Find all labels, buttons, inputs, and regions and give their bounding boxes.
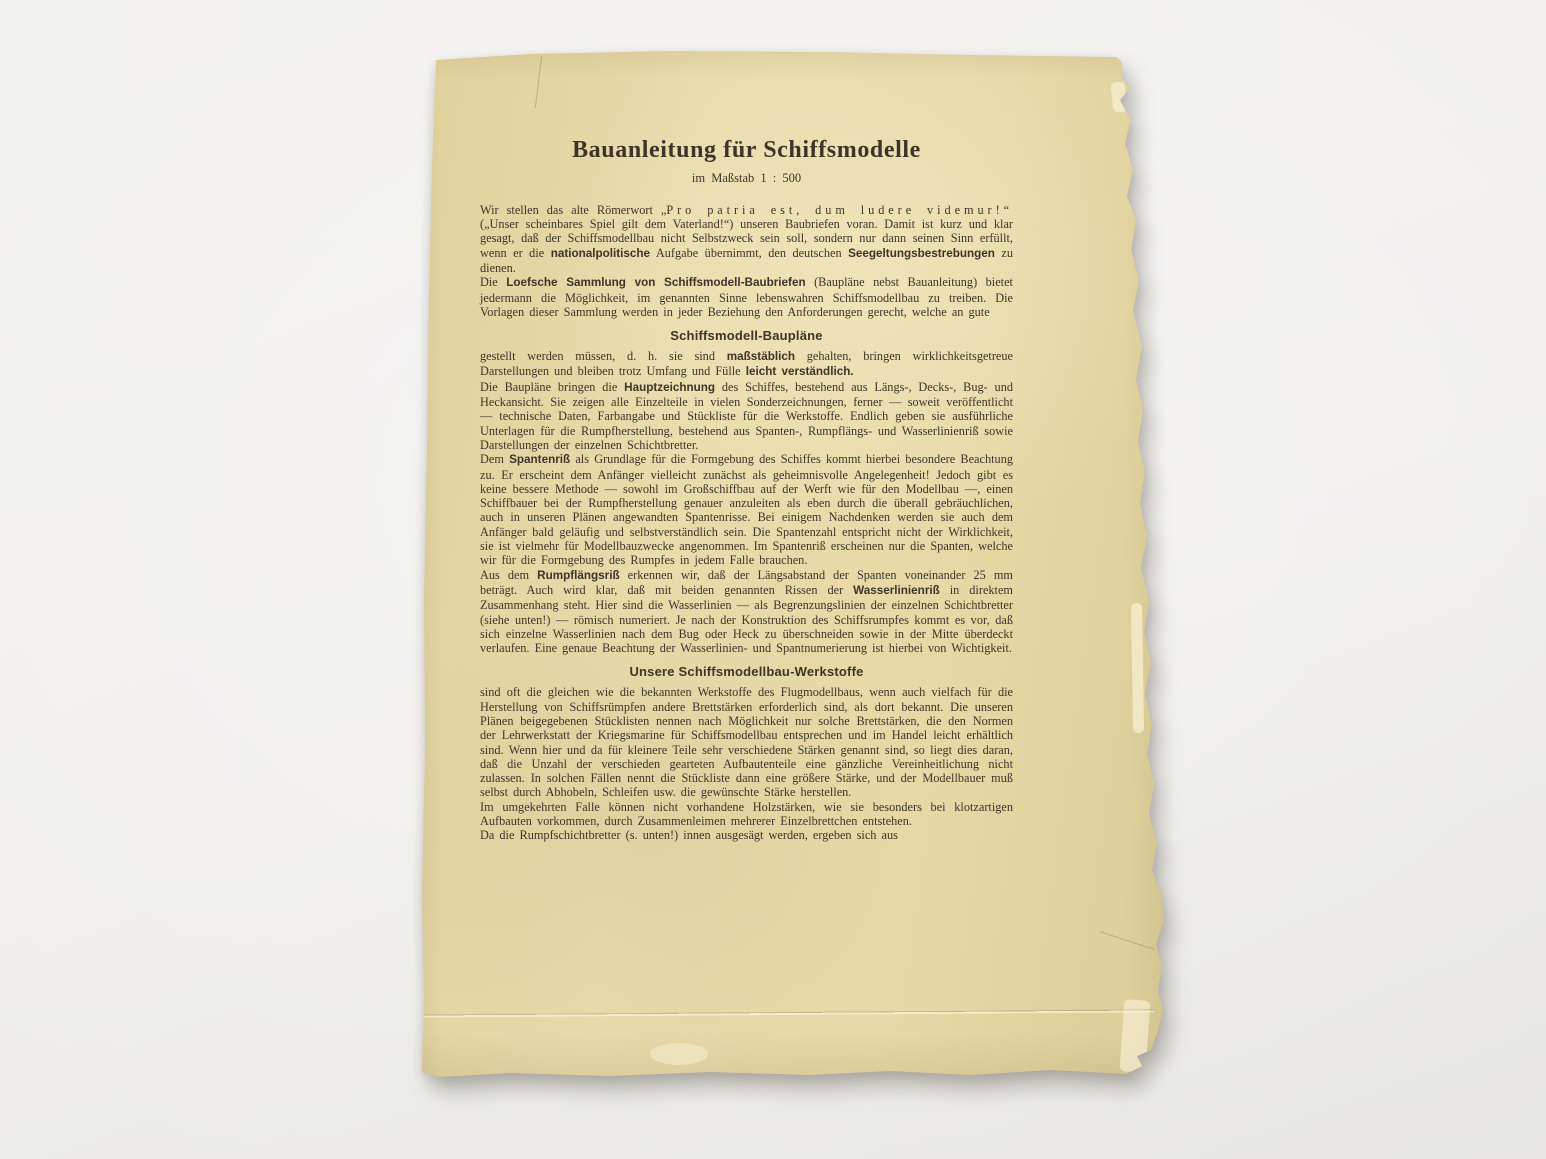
paper-crack <box>1099 931 1154 950</box>
torn-edge-highlight <box>1110 81 1127 112</box>
fold-crease <box>418 1009 1154 1017</box>
document-subtitle: im Maßstab 1 : 500 <box>480 171 1013 186</box>
article-body: Wir stellen das alte Römerwort „Pro patr… <box>480 203 1013 843</box>
paragraph: Da die Rumpfschichtbretter (s. unten!) i… <box>480 828 1013 842</box>
paragraph: Wir stellen das alte Römerwort „Pro patr… <box>480 203 1013 275</box>
section-heading: Unsere Schiffsmodellbau-Werkstoffe <box>480 664 1013 679</box>
paper-crack <box>535 56 542 108</box>
paper-sheet: Bauanleitung für Schiffsmodelle im Maßst… <box>410 48 1170 1084</box>
paper-stain <box>650 1043 708 1065</box>
document-title: Bauanleitung für Schiffsmodelle <box>480 136 1013 165</box>
torn-edge-highlight <box>1131 603 1144 733</box>
paper-surface: Bauanleitung für Schiffsmodelle im Maßst… <box>410 48 1170 1084</box>
paragraph: sind oft die gleichen wie die bekannten … <box>480 685 1013 799</box>
paragraph: Dem Spantenriß als Grundlage für die For… <box>480 452 1013 567</box>
paragraph: gestellt werden müssen, d. h. sie sind m… <box>480 349 1013 380</box>
paragraph: Die Baupläne bringen die Hauptzeichnung … <box>480 380 1013 452</box>
document-article: Bauanleitung für Schiffsmodelle im Maßst… <box>480 136 1013 843</box>
section-heading: Schiffsmodell-Baupläne <box>480 328 1013 343</box>
photo-background: Bauanleitung für Schiffsmodelle im Maßst… <box>0 0 1546 1159</box>
paragraph: Die Loefsche Sammlung von Schiffsmodell-… <box>480 275 1013 319</box>
paragraph: Aus dem Rumpflängsriß erkennen wir, daß … <box>480 568 1013 656</box>
paragraph: Im umgekehrten Falle können nicht vorhan… <box>480 800 1013 829</box>
